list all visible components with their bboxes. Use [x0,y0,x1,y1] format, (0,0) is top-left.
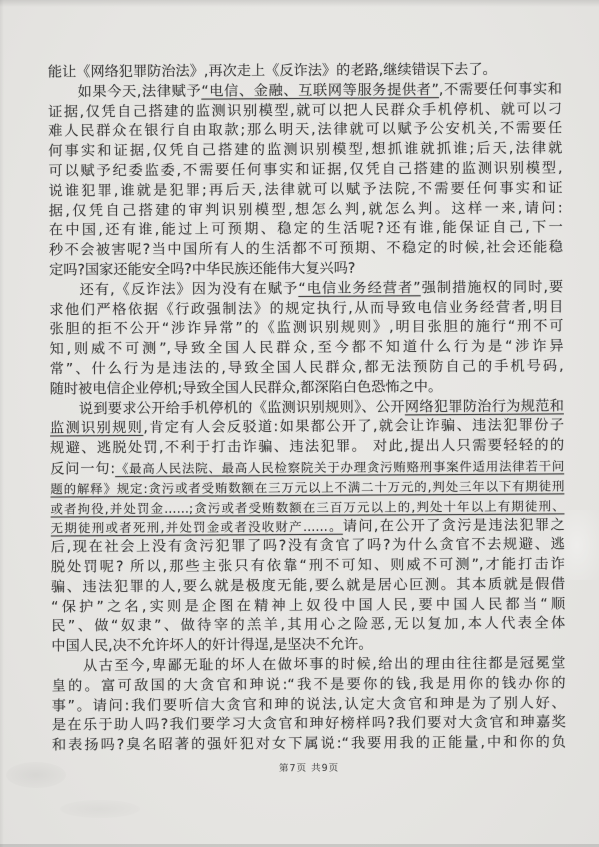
body-text: 何事实和证据,仅凭自己搭建的监测识别模型,想抓谁就抓谁;后天,法律就 [48,141,562,160]
text-line: 从古至今,卑鄙无耻的坏人在做坏事的时候,给出的理由往往都是冠冕堂 [51,654,565,677]
body-text: 常”、什么行为是违法的,导致全国人民群众,都无法预防自己的手机号码, [50,358,564,377]
text-line: 脱处罚呢? 所以,那些主张只有依靠“刑不可知、则威不可测”,才能打击诈 [51,555,565,578]
body-text: 知,则威不可测”,导致全国人民群众,至今都不知道什么行为是“涉诈异 [49,339,563,358]
body-text: 能让《网络犯罪防治法》,再次走上《反诈法》的老路,继续错误下去了。 [48,62,497,81]
text-line: 常”、什么行为是违法的,导致全国人民群众,都无法预防自己的手机号码, [50,357,564,380]
body-text: 可以赋予纪委监委,不需要任何事实和证据,仅凭自己搭建的监测识别模型, [48,160,562,179]
body-text: 反问一句: [50,461,115,477]
body-text: 脱处罚呢? 所以,那些主张只有依靠“刑不可知、则威不可测”,才能打击诈 [51,556,565,575]
body-text: 是在乐于助人吗?我们要学习大贪官和珅好榜样吗?我们要对大贪官和珅嘉奖 [52,715,566,734]
body-text: ,肯定有人会反驳道:如果都公开了,就会让诈骗、违法犯罪份子 [143,418,564,437]
underlined-text: 网络犯罪防治行为规范和 [405,398,564,415]
body-text: 在中国,还有谁,能过上可预期、稳定的生活呢?还有谁,能保证自己,下一 [49,220,563,239]
body-text: 请问,在公开了贪污是违法犯罪之 [343,518,565,535]
underlined-text: “电信业务经营者” [298,280,420,297]
document-sheet: 能让《网络犯罪防治法》,再次走上《反诈法》的老路,继续错误下去了。 如果今天,法… [0,0,599,847]
text-line: 还有,《反诈法》因为没有在赋予“电信业务经营者”强制措施权的同时,要 [49,278,563,301]
underlined-text: “电信、金融、互联网等服务提供者” [201,82,439,99]
underlined-text: 或者拘役,并处罚金……;贪污或者受贿数额在三百万元以上的,判处十年以上有期徒刑、 [50,498,564,516]
body-text: 说到要求公开给手机停机的《监测识别规则》、公开 [50,399,405,417]
text-line: 题的解释》规定:贪污或者受贿数额在三万元以上不满二十万元的,判处三年以下有期徒刑 [50,476,564,499]
text-line: 皇的。富可敌国的大贪官和珅说:“我不是要你的钱,我是用你的钱办你的 [52,674,566,697]
text-block: 能让《网络犯罪防治法》,再次走上《反诈法》的老路,继续错误下去了。 如果今天,法… [48,60,566,756]
text-line: 和表扬吗?臭名昭著的强奸犯对女下属说:“我要用我的正能量,中和你的负 [52,733,566,756]
body-text: 证据,仅凭自己搭建的监测识别模型,就可以把人民群众手机停机、就可以刁 [48,101,562,120]
body-text: 骗、违法犯罪的人,要么就是极度无能,要么就是居心叵测。其本质就是假借 [51,576,565,595]
body-text: 民”、做“奴隶”、做待宰的羔羊,其用心之险恶,无以复加,本人代表全体 [51,616,565,635]
body-text: ,不需要任何事实和 [439,81,562,98]
body-text: 据,仅凭自己搭建的审判识别模型,想怎么判,就怎么判。这样一来,请问: [49,200,563,219]
underlined-text: 《最高人民法院、最高人民检察院关于办理贪污贿赂刑事案件适用法律若干问 [115,458,564,476]
body-text: 中国人民,决不允许坏人的奸计得逞,是坚决不允许。 [51,637,372,655]
body-text: 如果今天,法律赋予 [48,83,201,100]
body-text: 还有,《反诈法》因为没有在赋予 [49,281,298,299]
body-text: 定吗?国家还能安全吗?中华民族还能伟大复兴吗? [49,261,355,279]
page-footer: 第7页 共9页 [52,758,566,775]
body-text: 秒不会被害呢?当中国所有人的生活都不可预期、不稳定的时候,社会还能稳 [49,240,563,259]
text-line: 秒不会被害呢?当中国所有人的生活都不可预期、不稳定的时候,社会还能稳 [49,239,563,262]
body-text: 张胆的拒不公开“涉诈异常”的《监测识别规则》,明目张胆的施行“刑不可 [49,319,563,338]
underlined-text: 无期徒刑或者死刑,并处罚金或者没收财产……。 [51,519,343,536]
body-text: 皇的。富可敌国的大贪官和珅说:“我不是要你的钱,我是用你的钱办你的 [52,675,566,694]
text-line: 反问一句:《最高人民法院、最高人民检察院关于办理贪污贿赂刑事案件适用法律若干问 [50,456,564,479]
scanned-page: 能让《网络犯罪防治法》,再次走上《反诈法》的老路,继续错误下去了。 如果今天,法… [0,0,599,847]
body-text: 后,现在社会上没有贪污犯罪了吗?没有贪官了吗?为什么贪官不去规避、逃 [51,537,565,556]
body-text: 和表扬吗?臭名昭著的强奸犯对女下属说:“我要用我的正能量,中和你的负 [52,734,566,753]
text-line: 骗、违法犯罪的人,要么就是极度无能,要么就是居心叵测。其本质就是假借 [51,575,565,598]
text-line: 如果今天,法律赋予“电信、金融、互联网等服务提供者”,不需要任何事实和 [48,80,562,103]
text-line: 民”、做“奴隶”、做待宰的羔羊,其用心之险恶,无以复加,本人代表全体 [51,615,565,638]
body-text: 从古至今,卑鄙无耻的坏人在做坏事的时候,给出的理由往往都是冠冕堂 [51,655,565,674]
underlined-text: 监测识别规则 [50,420,143,437]
text-line: 说谁犯罪,谁就是犯罪;再后天,法律就可以赋予法院,不需要任何事实和证 [49,179,563,202]
body-text: 说谁犯罪,谁就是犯罪;再后天,法律就可以赋予法院,不需要任何事实和证 [49,180,563,199]
underlined-text: 题的解释》规定:贪污或者受贿数额在三万元以上不满二十万元的,判处三年以下有期徒刑 [50,478,564,496]
body-text: 难人民群众在银行自由取款;那么明天,法律就可以赋予公安机关,不需要任 [48,121,562,140]
body-text: 规避、逃脱处罚,不利于打击诈骗、违法犯罪。 对此,提出人只需要轻轻的的 [50,438,564,457]
body-text: 强制措施权的同时,要 [421,279,564,296]
body-text: 事”。请问:我们要听信大贪官和珅的说法,认定大贪官和珅是为了别人好、 [52,695,566,714]
body-text: 求他们严格依据《行政强制法》的规定执行,从而导致电信业务经营者,明目 [49,299,563,318]
body-text: 随时被电信企业停机;导致全国人民群众,都深陷白色恐怖之中。 [50,379,442,397]
body-text: “保护”之名,实则是企图在精神上奴役中国人民,要中国人民都当“顺 [51,596,565,615]
